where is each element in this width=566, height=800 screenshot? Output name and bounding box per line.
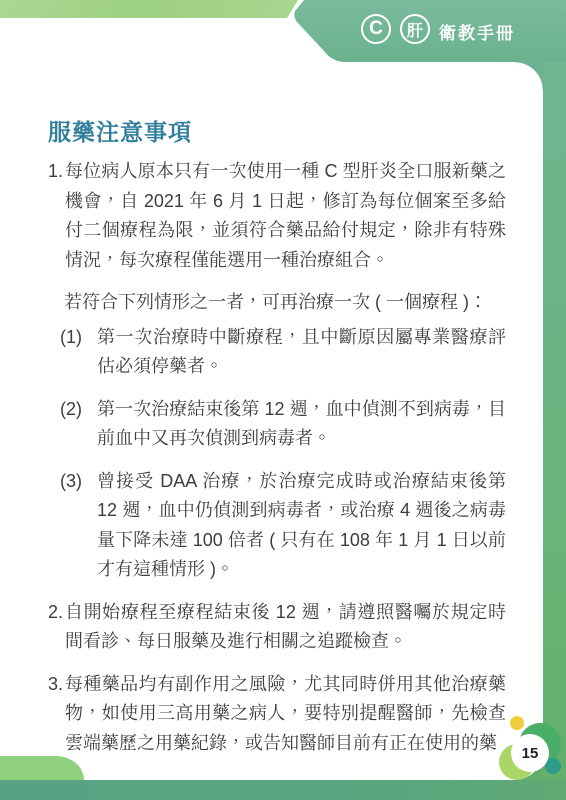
sub-item-1-marker: (1) [60,323,97,382]
sub-item-3: (3) 曾接受 DAA 治療，於治療完成時或治療結束後第 12 週，血中仍偵測到… [60,467,506,585]
list-item-3-marker: 3. [48,670,65,759]
list-item-3: 3. 每種藥品均有副作用之風險，尤其同時併用其他治療藥物，如使用三高用藥之病人，… [48,670,506,759]
list-item-3-text: 每種藥品均有副作用之風險，尤其同時併用其他治療藥物，如使用三高用藥之病人，要特別… [65,670,506,759]
logo-c-icon: C [361,14,391,44]
retreatment-intro: 若符合下列情形之一者，可再治療一次 ( 一個療程 )： [64,288,506,318]
sub-item-2: (2) 第一次治療結束後第 12 週，血中偵測不到病毒，目前血中又再次偵測到病毒… [60,395,506,454]
logo-liver-character: 肝 [407,18,423,41]
logo-liver-icon: 肝 [400,14,430,44]
section-title: 服藥注意事項 [48,116,506,148]
page-number: 15 [522,745,539,762]
sub-item-1-text: 第一次治療時中斷療程，且中斷原因屬專業醫療評估必須停藥者。 [97,323,506,382]
content-top-right-corner-fillet [515,62,543,90]
list-item-2-marker: 2. [48,598,65,657]
list-item-1-marker: 1. [48,157,65,275]
booklet-page: { "header": { "logo_c": "C", "logo_liver… [0,0,566,800]
page-content: 服藥注意事項 1. 每位病人原本只有一次使用一種 C 型肝炎全口服新藥之機會，自… [48,116,506,771]
pagenum-yellow-dot [510,716,524,730]
booklet-title: 衛教手冊 [439,19,515,44]
sub-item-1: (1) 第一次治療時中斷療程，且中斷原因屬專業醫療評估必須停藥者。 [60,323,506,382]
sub-item-2-marker: (2) [60,395,97,454]
sub-item-3-text: 曾接受 DAA 治療，於治療完成時或治療結束後第 12 週，血中仍偵測到病毒者，… [97,467,506,585]
list-item-1-text: 每位病人原本只有一次使用一種 C 型肝炎全口服新藥之機會，自 2021 年 6 … [65,157,506,275]
list-item-2: 2. 自開始療程至療程結束後 12 週，請遵照醫囑於規定時間看診、每日服藥及進行… [48,598,506,657]
page-number-badge: 15 [511,734,549,772]
right-green-band [543,0,566,800]
list-item-1: 1. 每位病人原本只有一次使用一種 C 型肝炎全口服新藥之機會，自 2021 年… [48,157,506,275]
logo-c-letter: C [369,18,383,40]
top-left-green-band [0,0,304,18]
sub-item-2-text: 第一次治療結束後第 12 週，血中偵測不到病毒，目前血中又再次偵測到病毒者。 [97,395,506,454]
sub-item-3-marker: (3) [60,467,97,585]
list-item-2-text: 自開始療程至療程結束後 12 週，請遵照醫囑於規定時間看診、每日服藥及進行相關之… [65,598,506,657]
bottom-teal-band [0,780,566,800]
